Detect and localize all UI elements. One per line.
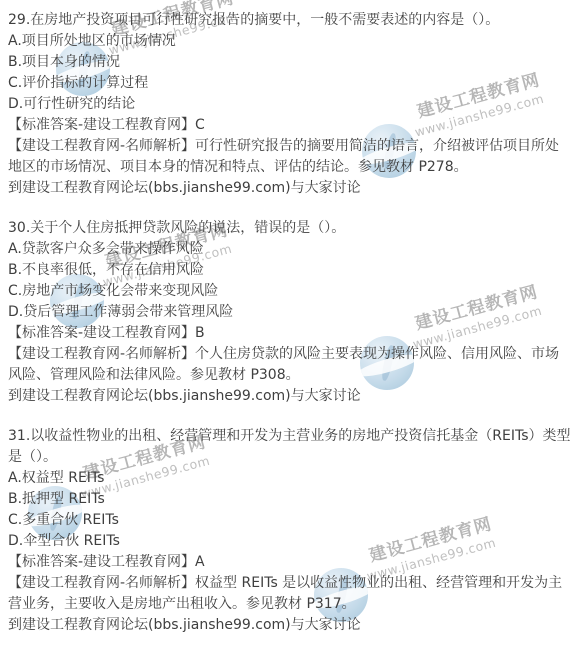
question-30-option-c: C.房地产市场变化会带来变现风险 xyxy=(8,281,575,302)
question-29-option-c: C.评价指标的计算过程 xyxy=(8,73,575,94)
question-31-analysis-line: 【建设工程教育网-名师解析】权益型 REITs 是以收益性物业的出租、经营管理和… xyxy=(8,573,575,594)
question-30-analysis-line: 【建设工程教育网-名师解析】个人住房贷款的风险主要表现为操作风险、信用风险、市场 xyxy=(8,344,575,365)
question-30-analysis-line: 风险、管理风险和法律风险。参见教材 P308。 xyxy=(8,365,575,386)
question-29-option-b: B.项目本身的情况 xyxy=(8,52,575,73)
question-30-option-b: B.不良率很低，不存在信用风险 xyxy=(8,260,575,281)
question-31-analysis-line: 营业务，主要收入是房地产出租收入。参见教材 P317。 xyxy=(8,594,575,615)
question-31-option-a: A.权益型 REITs xyxy=(8,468,575,489)
question-29-option-d: D.可行性研究的结论 xyxy=(8,94,575,115)
question-30-answer-line: 【标准答案-建设工程教育网】B xyxy=(8,323,575,344)
question-29-forum-line: 到建设工程教育网论坛(bbs.jianshe99.com)与大家讨论 xyxy=(8,178,575,199)
question-30-text: 30.关于个人住房抵押贷款风险的说法，错误的是（）。 xyxy=(8,218,575,239)
question-29-text: 29.在房地产投资项目可行性研究报告的摘要中，一般不需要表述的内容是（）。 xyxy=(8,10,575,31)
question-31-block: 31.以收益性物业的出租、经营管理和开发为主营业务的房地产投资信托基金（REIT… xyxy=(8,426,575,636)
question-31-text: 是（）。 xyxy=(8,447,575,468)
question-30-option-d: D.贷后管理工作薄弱会带来管理风险 xyxy=(8,302,575,323)
question-29-analysis-line: 【建设工程教育网-名师解析】可行性研究报告的摘要用简洁的语言，介绍被评估项目所处 xyxy=(8,136,575,157)
question-29-block: 29.在房地产投资项目可行性研究报告的摘要中，一般不需要表述的内容是（）。 A.… xyxy=(8,10,575,199)
question-31-answer-line: 【标准答案-建设工程教育网】A xyxy=(8,552,575,573)
question-31-option-b: B.抵押型 REITs xyxy=(8,489,575,510)
question-30-block: 30.关于个人住房抵押贷款风险的说法，错误的是（）。 A.贷款客户众多会带来操作… xyxy=(8,218,575,407)
question-31-forum-line: 到建设工程教育网论坛(bbs.jianshe99.com)与大家讨论 xyxy=(8,615,575,636)
question-30-option-a: A.贷款客户众多会带来操作风险 xyxy=(8,239,575,260)
question-31-option-d: D.伞型合伙 REITs xyxy=(8,531,575,552)
questions-content: 29.在房地产投资项目可行性研究报告的摘要中，一般不需要表述的内容是（）。 A.… xyxy=(0,0,580,636)
question-29-analysis-line: 地区的市场情况、项目本身的情况和特点、评估的结论。参见教材 P278。 xyxy=(8,157,575,178)
question-29-option-a: A.项目所处地区的市场情况 xyxy=(8,31,575,52)
question-31-text: 31.以收益性物业的出租、经营管理和开发为主营业务的房地产投资信托基金（REIT… xyxy=(8,426,575,447)
question-29-answer-line: 【标准答案-建设工程教育网】C xyxy=(8,115,575,136)
exam-document-page: 建设工程教育网 www.jianshe99.com 建设工程教育网 www.ji… xyxy=(0,0,580,648)
question-30-forum-line: 到建设工程教育网论坛(bbs.jianshe99.com)与大家讨论 xyxy=(8,386,575,407)
question-31-option-c: C.多重合伙 REITs xyxy=(8,510,575,531)
